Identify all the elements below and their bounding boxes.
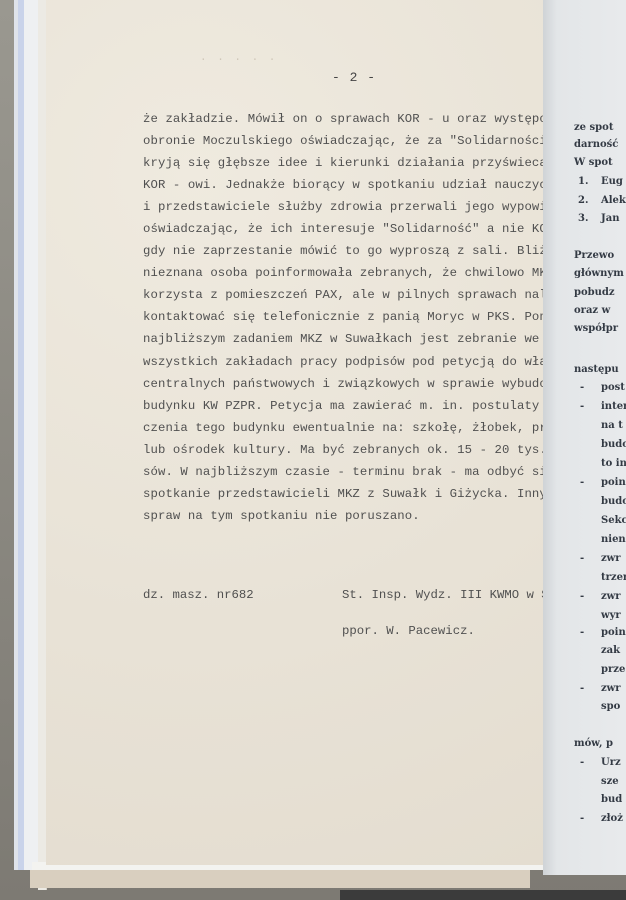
adjacent-line: to in: [601, 458, 626, 469]
adjacent-line: współpr: [574, 323, 618, 334]
adjacent-line: budo: [601, 439, 626, 450]
signatory-name: ppor. W. Pacewicz.: [342, 624, 475, 638]
body-line: lub ośrodek kultury. Ma być zebranych ok…: [143, 439, 543, 461]
list-number: 3.: [578, 213, 588, 224]
adjacent-line: zak: [601, 645, 620, 656]
adjacent-line: ze spot: [574, 122, 613, 133]
bullet-dash: -: [580, 757, 584, 768]
underlying-page: [30, 870, 530, 888]
bullet-dash: -: [580, 553, 584, 564]
adjacent-line: zwr: [601, 553, 621, 564]
bullet-dash: -: [580, 813, 584, 824]
adjacent-line: zwr: [601, 591, 621, 602]
adjacent-line: nien: [601, 534, 626, 545]
body-line: korzysta z pomieszczeń PAX, ale w pilnyc…: [143, 284, 543, 306]
adjacent-line: następu: [574, 364, 619, 375]
folder-edge-blue: [18, 0, 38, 870]
body-line: i przedstawiciele służby zdrowia przerwa…: [143, 196, 543, 218]
body-line: kontaktować się telefonicznie z panią Mo…: [143, 306, 543, 328]
body-line: spraw na tym spotkaniu nie poruszano.: [143, 505, 543, 527]
adjacent-line: złoż: [601, 813, 623, 824]
body-line: centralnych państwowych i związkowych w …: [143, 373, 543, 395]
adjacent-line: prze: [601, 664, 625, 675]
list-number: 2.: [578, 195, 588, 206]
adjacent-page: ze spotdarnośćW spot1.Eug2.Alek3.JanPrze…: [543, 0, 626, 875]
body-line: że zakładzie. Mówił on o sprawach KOR - …: [143, 108, 543, 130]
typist-reference: dz. masz. nr682: [143, 588, 254, 602]
adjacent-line: darność: [574, 139, 618, 150]
adjacent-line: zwr: [601, 683, 621, 694]
adjacent-line: Eug: [601, 176, 623, 187]
adjacent-line: Jan: [601, 213, 619, 224]
body-line: obronie Moczulskiego oświadczając, że za…: [143, 130, 543, 152]
body-line: nieznana osoba poinformowała zebranych, …: [143, 262, 543, 284]
adjacent-line: Przewo: [574, 250, 614, 261]
body-line: kryją się głębsze idee i kierunki działa…: [143, 152, 543, 174]
adjacent-line: bud: [601, 794, 622, 805]
body-line: spotkanie przedstawicieli MKZ z Suwałk i…: [143, 483, 543, 505]
document-body: że zakładzie. Mówił on o sprawach KOR - …: [143, 108, 543, 527]
signatory-title: St. Insp. Wydz. III KWMO w S: [342, 588, 543, 602]
adjacent-line: poin: [601, 477, 626, 488]
adjacent-line: wyr: [601, 610, 621, 621]
body-line: wszystkich zakładach pracy podpisów pod …: [143, 351, 543, 373]
bullet-dash: -: [580, 382, 584, 393]
adjacent-line: Urz: [601, 757, 621, 768]
shadow-area: [340, 890, 626, 900]
body-line: najbliższym zadaniem MKZ w Suwałkach jes…: [143, 328, 543, 350]
body-line: budynku KW PZPR. Petycja ma zawierać m. …: [143, 395, 543, 417]
adjacent-line: poin: [601, 627, 626, 638]
body-line: oświadczając, że ich interesuje "Solidar…: [143, 218, 543, 240]
body-line: sów. W najbliższym czasie - terminu brak…: [143, 461, 543, 483]
body-line: gdy nie zaprzestanie mówić to go wyprosz…: [143, 240, 543, 262]
adjacent-line: trzer: [601, 572, 626, 583]
adjacent-line: post: [601, 382, 625, 393]
adjacent-line: spo: [601, 701, 620, 712]
adjacent-line: oraz w: [574, 305, 610, 316]
body-line: KOR - owi. Jednakże biorący w spotkaniu …: [143, 174, 543, 196]
adjacent-line: inter: [601, 401, 626, 412]
faint-header-text: . . . . .: [200, 52, 277, 64]
adjacent-line: W spot: [574, 157, 613, 168]
list-number: 1.: [578, 176, 588, 187]
adjacent-line: Alek: [601, 195, 626, 206]
adjacent-line: Sekc: [601, 515, 626, 526]
adjacent-line: mów, p: [574, 738, 613, 749]
body-line: czenia tego budynku ewentualnie na: szko…: [143, 417, 543, 439]
bullet-dash: -: [580, 683, 584, 694]
bullet-dash: -: [580, 401, 584, 412]
page-number: - 2 -: [332, 70, 376, 85]
adjacent-line: budo: [601, 496, 626, 507]
adjacent-line: pobudz: [574, 287, 615, 298]
bullet-dash: -: [580, 627, 584, 638]
adjacent-line: na t: [601, 420, 623, 431]
bullet-dash: -: [580, 477, 584, 488]
bullet-dash: -: [580, 591, 584, 602]
adjacent-line: sze: [601, 776, 619, 787]
adjacent-line: głównym: [574, 268, 624, 279]
